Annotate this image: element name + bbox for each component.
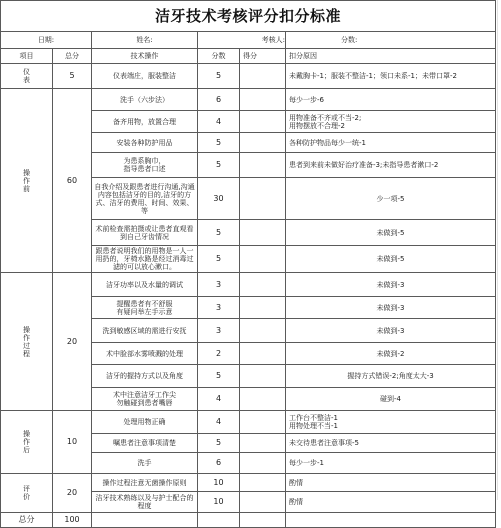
name-field[interactable]: 姓名: <box>92 32 198 49</box>
deduction-reason-cell: 未做到-3 <box>286 297 496 319</box>
earned-score-input[interactable] <box>240 388 286 411</box>
section-item-label: 评 价 <box>1 474 53 501</box>
points-cell: 10 <box>198 492 240 501</box>
points-cell: 3 <box>198 273 240 297</box>
earned-score-input[interactable] <box>240 220 286 246</box>
earned-score-input[interactable] <box>240 64 286 89</box>
sheet-gridline <box>497 0 498 500</box>
deduction-reason-cell: 未做到-3 <box>286 273 496 297</box>
operation-cell: 操作过程注意无菌操作原则 <box>92 474 198 492</box>
sheet-title: 洁牙技术考核评分扣分标准 <box>1 1 496 32</box>
deduction-reason-cell: 酌情 <box>286 492 496 501</box>
points-cell: 4 <box>198 411 240 434</box>
header-deduction-reason: 扣分原因 <box>286 49 496 64</box>
section-total: 5 <box>53 64 92 89</box>
deduction-reason-cell: 工作台不整洁-1 用物处理不当-1 <box>286 411 496 434</box>
earned-score-input[interactable] <box>240 319 286 343</box>
deduction-reason-cell: 碰到-4 <box>286 388 496 411</box>
operation-cell: 术中注意洁牙工作尖 勿触碰到患者嘴唇 <box>92 388 198 411</box>
deduction-reason-cell: 握持方式错误-2;角度太大-3 <box>286 365 496 388</box>
header-total: 总分 <box>53 49 92 64</box>
earned-score-input[interactable] <box>240 434 286 453</box>
operation-cell: 洁牙技术熟练以及与护士配合的程度 <box>92 492 198 501</box>
operation-cell: 嘱患者注意事项清楚 <box>92 434 198 453</box>
earned-score-input[interactable] <box>240 111 286 133</box>
table-row: 操 作 后10处理用物正确4工作台不整洁-1 用物处理不当-1 <box>1 411 496 434</box>
deduction-reason-cell: 未做到-5 <box>286 246 496 273</box>
score-label: 分数: <box>341 36 357 44</box>
earned-score-input[interactable] <box>240 474 286 492</box>
points-cell: 5 <box>198 246 240 273</box>
scoring-table: 洁牙技术考核评分扣分标准 日期: 姓名: 考核人: 分数: 项目 总分 技术操作… <box>0 0 496 500</box>
section-total: 60 <box>53 89 92 273</box>
section-total: 20 <box>53 273 92 411</box>
header-operation: 技术操作 <box>92 49 198 64</box>
points-cell: 6 <box>198 89 240 111</box>
points-cell: 4 <box>198 388 240 411</box>
operation-cell: 术前检查需拍摄或让患者直观看到自己牙齿情况 <box>92 220 198 246</box>
points-cell: 5 <box>198 365 240 388</box>
deduction-reason-cell: 酌情 <box>286 474 496 492</box>
points-cell: 5 <box>198 220 240 246</box>
section-item-label: 仪 表 <box>1 64 53 89</box>
header-points: 分数 <box>198 49 240 64</box>
section-total: 20 <box>53 474 92 501</box>
score-field-cell[interactable]: 分数: <box>286 32 496 49</box>
deduction-reason-cell: 未做到-3 <box>286 319 496 343</box>
points-cell: 5 <box>198 434 240 453</box>
earned-score-input[interactable] <box>240 273 286 297</box>
operation-cell: 仪表端庄，服装整洁 <box>92 64 198 89</box>
info-row: 日期: 姓名: 考核人: 分数: <box>1 32 496 49</box>
points-cell: 10 <box>198 474 240 492</box>
deduction-reason-cell: 每少一步-1 <box>286 453 496 474</box>
points-cell: 3 <box>198 319 240 343</box>
points-cell: 6 <box>198 453 240 474</box>
scoring-sheet: 洁牙技术考核评分扣分标准 日期: 姓名: 考核人: 分数: 项目 总分 技术操作… <box>0 0 495 500</box>
operation-cell: 提醒患者有不舒服 有疑问举左手示意 <box>92 297 198 319</box>
earned-score-input[interactable] <box>240 343 286 365</box>
points-cell: 3 <box>198 297 240 319</box>
points-cell: 5 <box>198 64 240 89</box>
operation-cell: 安装各种防护用品 <box>92 133 198 153</box>
operation-cell: 备齐用物，放置合理 <box>92 111 198 133</box>
header-earned: 得分 <box>240 49 286 64</box>
points-cell: 4 <box>198 111 240 133</box>
operation-cell: 洗到敏感区域的需进行安抚 <box>92 319 198 343</box>
date-field[interactable]: 日期: <box>1 32 92 49</box>
points-cell: 5 <box>198 153 240 178</box>
earned-score-input[interactable] <box>240 246 286 273</box>
table-row: 操 作 过 程20洁牙功率以及水量的调试3未做到-3 <box>1 273 496 297</box>
operation-cell: 洁牙的握持方式以及角度 <box>92 365 198 388</box>
earned-score-input[interactable] <box>240 133 286 153</box>
operation-cell: 为患系胸巾， 指导患者口述 <box>92 153 198 178</box>
section-total: 10 <box>53 411 92 474</box>
deduction-reason-cell: 用物准备不齐或不当-2; 用物摆放不合理-2 <box>286 111 496 133</box>
deduction-reason-cell: 各种防护物品每少一统-1 <box>286 133 496 153</box>
operation-cell: 洗手（六步法） <box>92 89 198 111</box>
deduction-reason-cell: 少一项-5 <box>286 178 496 220</box>
deduction-reason-cell: 患者到来前未做好治疗准备-3;未指导患者漱口-2 <box>286 153 496 178</box>
deduction-reason-cell: 每少一步-6 <box>286 89 496 111</box>
earned-score-input[interactable] <box>240 153 286 178</box>
section-item-label: 操 作 后 <box>1 411 53 474</box>
examiner-label: 考核人: <box>262 36 285 44</box>
earned-score-input[interactable] <box>240 89 286 111</box>
earned-score-input[interactable] <box>240 178 286 220</box>
deduction-reason-cell: 未戴胸卡-1；服装不整洁-1；领口未系-1；未带口罩-2 <box>286 64 496 89</box>
earned-score-input[interactable] <box>240 492 286 501</box>
deduction-reason-cell: 未做到-2 <box>286 343 496 365</box>
earned-score-input[interactable] <box>240 297 286 319</box>
earned-score-input[interactable] <box>240 411 286 434</box>
earned-score-input[interactable] <box>240 365 286 388</box>
points-cell: 2 <box>198 343 240 365</box>
operation-cell: 术中脸部水雾喷溅的处理 <box>92 343 198 365</box>
deduction-reason-cell: 未做到-5 <box>286 220 496 246</box>
operation-cell: 洗手 <box>92 453 198 474</box>
deduction-reason-cell: 未交待患者注意事项-5 <box>286 434 496 453</box>
header-row: 项目 总分 技术操作 分数 得分 扣分原因 <box>1 49 496 64</box>
table-row: 操 作 前60洗手（六步法）6每少一步-6 <box>1 89 496 111</box>
operation-cell: 处理用物正确 <box>92 411 198 434</box>
table-row: 评 价20操作过程注意无菌操作原则10酌情 <box>1 474 496 492</box>
operation-cell: 跟患者说明我们的用物是一人一用扔的，牙椅水路是经过消毒过滤的可以放心漱口。 <box>92 246 198 273</box>
examiner-field-label[interactable]: 考核人: <box>198 32 286 49</box>
operation-cell: 自我介绍及跟患者进行沟通,沟通内容包括洁牙的目的,洁牙的方式、洁牙的费用、时间、… <box>92 178 198 220</box>
earned-score-input[interactable] <box>240 453 286 474</box>
points-cell: 30 <box>198 178 240 220</box>
section-item-label: 操 作 过 程 <box>1 273 53 411</box>
section-item-label: 操 作 前 <box>1 89 53 273</box>
header-item: 项目 <box>1 49 53 64</box>
points-cell: 5 <box>198 133 240 153</box>
table-row: 仪 表5仪表端庄，服装整洁5未戴胸卡-1；服装不整洁-1；领口未系-1；未带口罩… <box>1 64 496 89</box>
operation-cell: 洁牙功率以及水量的调试 <box>92 273 198 297</box>
